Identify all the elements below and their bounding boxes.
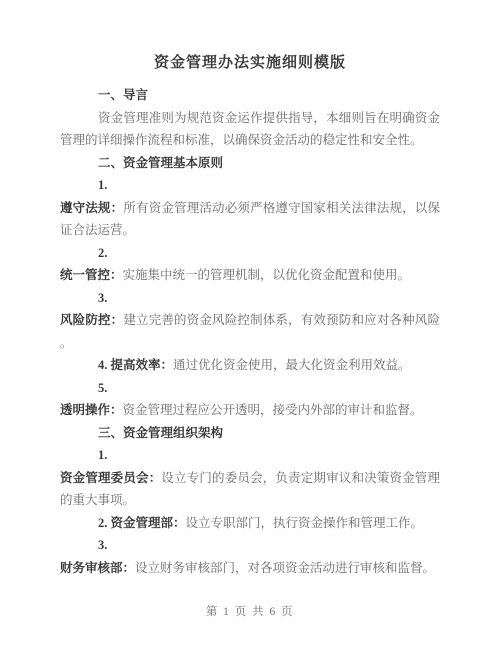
- term-paragraph-risk-prevention: 风险防控：建立完善的资金风险控制体系，有效预防和应对各种风险。: [60, 309, 440, 354]
- list-number: 5.: [60, 377, 440, 400]
- list-number: 3.: [60, 534, 440, 557]
- page-number: 第 1 页 共 6 页: [0, 603, 500, 619]
- bold-text-run: 财务审核部：: [60, 561, 135, 575]
- bold-text-run: 4. 提高效率：: [98, 358, 173, 372]
- bold-text-run: 风险防控：: [60, 313, 123, 327]
- bold-text-run: 透明操作：: [60, 403, 123, 417]
- term-paragraph-compliance: 遵守法规：所有资金管理活动必须严格遵守国家相关法律法规，以保证合法运营。: [60, 197, 440, 242]
- document-page: 资金管理办法实施细则模版 一、导言资金管理准则为规范资金运作提供指导，本细则旨在…: [0, 0, 500, 647]
- term-paragraph-audit-department: 财务审核部：设立财务审核部门，对各项资金活动进行审核和监督。: [60, 557, 440, 580]
- text-run: 实施集中统一的管理机制，以优化资金配置和使用。: [123, 268, 411, 282]
- bold-text-run: 一、导言: [98, 88, 148, 102]
- term-paragraph-unified-control: 统一管控：实施集中统一的管理机制，以优化资金配置和使用。: [60, 264, 440, 287]
- bold-text-run: 1.: [98, 448, 107, 462]
- section-heading-organization: 三、资金管理组织架构: [60, 422, 440, 445]
- bold-text-run: 2. 资金管理部：: [98, 516, 186, 530]
- bold-text-run: 三、资金管理组织架构: [98, 426, 223, 440]
- intro-paragraph: 资金管理准则为规范资金运作提供指导，本细则旨在明确资金管理的详细操作流程和标准，…: [60, 107, 440, 152]
- bold-text-run: 二、资金管理基本原则: [98, 156, 223, 170]
- numbered-item-efficiency: 4. 提高效率：通过优化资金使用，最大化资金利用效益。: [60, 354, 440, 377]
- list-number: 1.: [60, 174, 440, 197]
- text-run: 资金管理准则为规范资金运作提供指导，本细则旨在明确资金管理的详细操作流程和标准，…: [60, 111, 440, 148]
- section-heading-intro: 一、导言: [60, 84, 440, 107]
- bold-text-run: 2.: [98, 246, 107, 260]
- bold-text-run: 遵守法规：: [60, 201, 123, 215]
- bold-text-run: 资金管理委员会：: [60, 471, 161, 485]
- term-paragraph-transparency: 透明操作：资金管理过程应公开透明，接受内外部的审计和监督。: [60, 399, 440, 422]
- numbered-item-fund-department: 2. 资金管理部：设立专职部门，执行资金操作和管理工作。: [60, 512, 440, 535]
- document-body: 一、导言资金管理准则为规范资金运作提供指导，本细则旨在明确资金管理的详细操作流程…: [60, 84, 440, 579]
- document-title: 资金管理办法实施细则模版: [0, 0, 500, 72]
- bold-text-run: 1.: [98, 178, 107, 192]
- list-number: 1.: [60, 444, 440, 467]
- bold-text-run: 3.: [98, 538, 107, 552]
- bold-text-run: 统一管控：: [60, 268, 123, 282]
- text-run: 设立财务审核部门，对各项资金活动进行审核和监督。: [135, 561, 435, 575]
- list-number: 2.: [60, 242, 440, 265]
- list-number: 3.: [60, 287, 440, 310]
- bold-text-run: 5.: [98, 381, 107, 395]
- bold-text-run: 3.: [98, 291, 107, 305]
- text-run: 通过优化资金使用，最大化资金利用效益。: [173, 358, 411, 372]
- text-run: 设立专职部门，执行资金操作和管理工作。: [186, 516, 424, 530]
- text-run: 资金管理过程应公开透明，接受内外部的审计和监督。: [123, 403, 423, 417]
- section-heading-principles: 二、资金管理基本原则: [60, 152, 440, 175]
- term-paragraph-committee: 资金管理委员会：设立专门的委员会，负责定期审议和决策资金管理的重大事项。: [60, 467, 440, 512]
